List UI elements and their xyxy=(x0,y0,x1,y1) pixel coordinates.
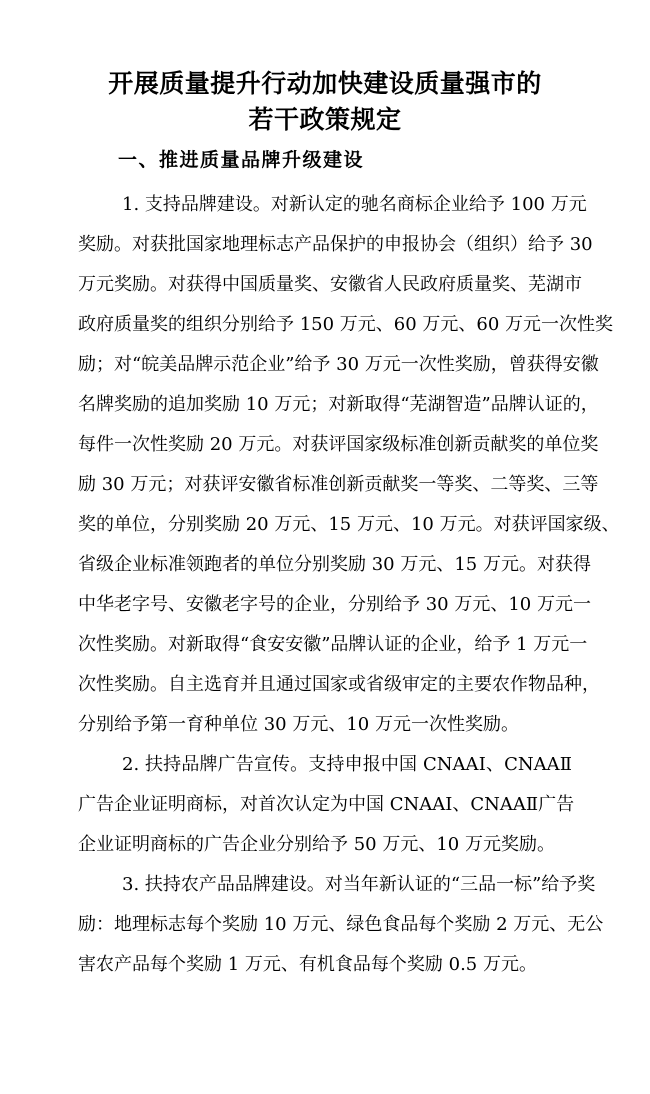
text-line: 名牌奖励的追加奖励 10 万元；对新取得“芜湖智造”品牌认证的， xyxy=(78,385,572,425)
text-line: 万元奖励。对获得中国质量奖、安徽省人民政府质量奖、芜湖市 xyxy=(78,265,572,305)
text-line: 害农产品每个奖励 1 万元、有机食品每个奖励 0.5 万元。 xyxy=(78,945,572,985)
text-line: 励；对“皖美品牌示范企业”给予 30 万元一次性奖励，曾获得安徽 xyxy=(78,345,572,385)
text-line: 2. 扶持品牌广告宣传。支持申报中国 CNAAⅠ、CNAAⅡ xyxy=(78,745,572,785)
paragraph: 3. 扶持农产品品牌建设。对当年新认证的“三品一标”给予奖励：地理标志每个奖励 … xyxy=(78,865,572,985)
section-heading: 一、推进质量品牌升级建设 xyxy=(78,146,572,174)
text-line: 3. 扶持农产品品牌建设。对当年新认证的“三品一标”给予奖 xyxy=(78,865,572,905)
text-line: 1. 支持品牌建设。对新认定的驰名商标企业给予 100 万元 xyxy=(78,185,572,225)
paragraph: 1. 支持品牌建设。对新认定的驰名商标企业给予 100 万元奖励。对获批国家地理… xyxy=(78,185,572,745)
text-line: 政府质量奖的组织分别给予 150 万元、60 万元、60 万元一次性奖 xyxy=(78,305,572,345)
text-line: 中华老字号、安徽老字号的企业，分别给予 30 万元、10 万元一 xyxy=(78,585,572,625)
paragraphs: 1. 支持品牌建设。对新认定的驰名商标企业给予 100 万元奖励。对获批国家地理… xyxy=(78,185,572,985)
text-line: 分别给予第一育种单位 30 万元、10 万元一次性奖励。 xyxy=(78,705,572,745)
text-line: 励：地理标志每个奖励 10 万元、绿色食品每个奖励 2 万元、无公 xyxy=(78,905,572,945)
document-page: 开展质量提升行动加快建设质量强市的 若干政策规定 一、推进质量品牌升级建设 1.… xyxy=(0,0,650,1094)
document-title-line-2: 若干政策规定 xyxy=(78,102,572,138)
text-line: 每件一次性奖励 20 万元。对获评国家级标准创新贡献奖的单位奖 xyxy=(78,425,572,465)
text-line: 奖励。对获批国家地理标志产品保护的申报协会（组织）给予 30 xyxy=(78,225,572,265)
document-title: 开展质量提升行动加快建设质量强市的 若干政策规定 xyxy=(78,66,572,138)
text-line: 励 30 万元；对获评安徽省标准创新贡献奖一等奖、二等奖、三等 xyxy=(78,465,572,505)
document-content: 开展质量提升行动加快建设质量强市的 若干政策规定 一、推进质量品牌升级建设 1.… xyxy=(0,0,650,985)
text-line: 次性奖励。对新取得“食安安徽”品牌认证的企业，给予 1 万元一 xyxy=(78,625,572,665)
text-line: 省级企业标准领跑者的单位分别奖励 30 万元、15 万元。对获得 xyxy=(78,545,572,585)
paragraph: 2. 扶持品牌广告宣传。支持申报中国 CNAAⅠ、CNAAⅡ广告企业证明商标，对… xyxy=(78,745,572,865)
text-line: 广告企业证明商标，对首次认定为中国 CNAAⅠ、CNAAⅡ广告 xyxy=(78,785,572,825)
text-line: 次性奖励。自主选育并且通过国家或省级审定的主要农作物品种， xyxy=(78,665,572,705)
text-line: 企业证明商标的广告企业分别给予 50 万元、10 万元奖励。 xyxy=(78,825,572,865)
document-title-line-1: 开展质量提升行动加快建设质量强市的 xyxy=(78,66,572,102)
text-line: 奖的单位，分别奖励 20 万元、15 万元、10 万元。对获评国家级、 xyxy=(78,505,572,545)
